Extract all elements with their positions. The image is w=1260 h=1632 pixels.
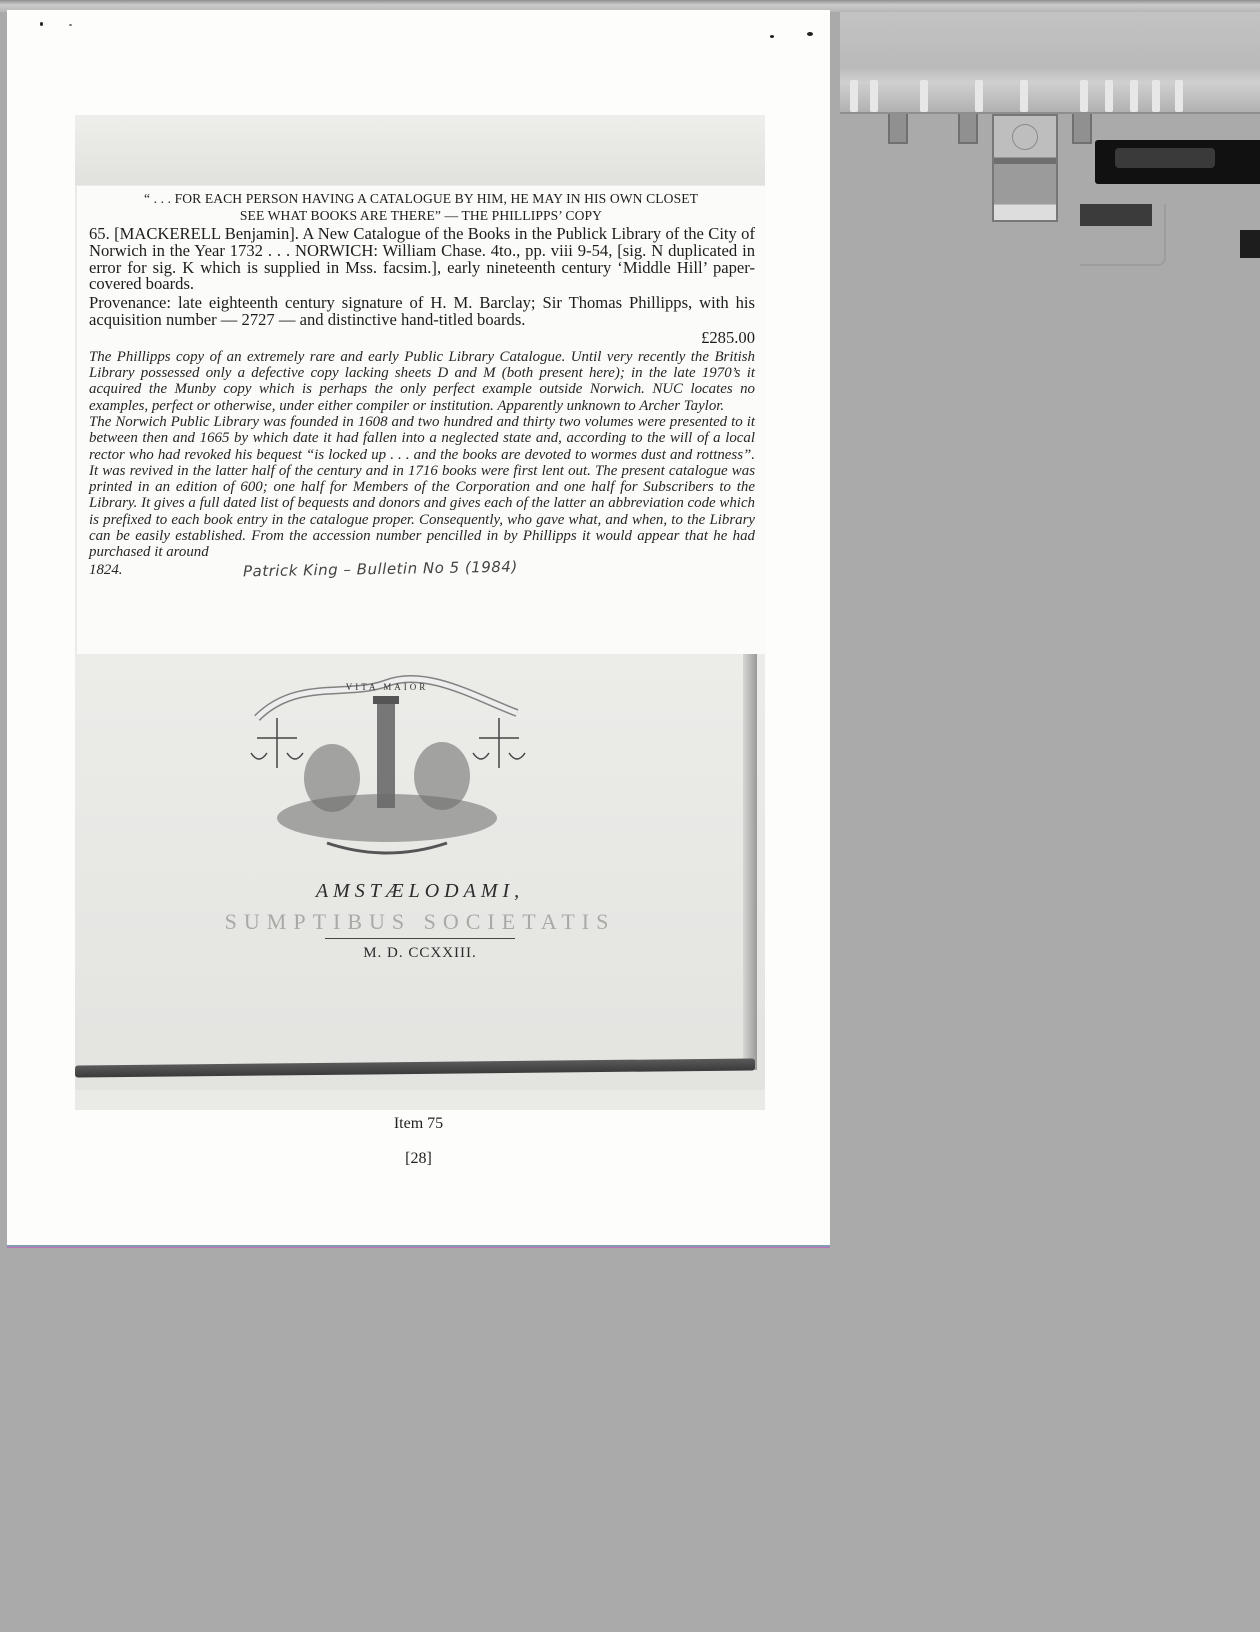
rail-slot (1175, 80, 1183, 112)
catalogue-clipping: “ . . . FOR EACH PERSON HAVING A CATALOG… (77, 186, 765, 654)
imprint-publisher: SUMPTIBUS SOCIETATIS (75, 909, 765, 935)
note-final-year: 1824. (89, 562, 123, 578)
rail-slot (1105, 80, 1113, 112)
rail-slot (1020, 80, 1028, 112)
photo-background (75, 115, 765, 185)
dust-speck (807, 32, 813, 36)
note-paragraph: The Phillipps copy of an extremely rare … (89, 349, 755, 414)
item-caption: Item 75 (7, 1115, 830, 1133)
scanner-slot (1240, 230, 1260, 258)
handwritten-annotation: Patrick King – Bulletin No 5 (1984) (242, 558, 517, 579)
scanner-rail (840, 12, 1260, 114)
page-number: [28] (7, 1150, 830, 1168)
rail-slot (1080, 80, 1088, 112)
scanner-roller (1095, 140, 1260, 184)
rail-slot (850, 80, 858, 112)
printers-device-engraving: VITA MAIOR (237, 658, 537, 858)
rail-slot (870, 80, 878, 112)
provenance: Provenance: late eighteenth century sign… (89, 295, 755, 329)
note-paragraph: The Norwich Public Library was founded i… (89, 414, 755, 561)
title-page-imprint: AMSTÆLODAMI, SUMPTIBUS SOCIETATIS M. D. … (75, 880, 765, 962)
dust-speck (770, 35, 774, 38)
imprint-city: AMSTÆLODAMI, (75, 880, 765, 903)
catalogue-notes: The Phillipps copy of an extremely rare … (89, 349, 755, 578)
rail-slot (975, 80, 983, 112)
dust-speck (40, 22, 43, 26)
page-clip (958, 114, 978, 144)
book-edge (743, 650, 757, 1070)
page-clip (1072, 114, 1092, 144)
rail-slot (1130, 80, 1138, 112)
rail-slot (1152, 80, 1160, 112)
page-clip (888, 114, 908, 144)
scanner-latch (992, 114, 1058, 222)
clipping-heading: “ . . . FOR EACH PERSON HAVING A CATALOG… (77, 186, 765, 224)
imprint-rule (325, 938, 515, 939)
dust-speck (69, 24, 72, 26)
price: £285.00 (77, 329, 755, 346)
heading-line-2: SEE WHAT BOOKS ARE THERE” — THE PHILLIPP… (77, 207, 765, 224)
rail-slot (920, 80, 928, 112)
heading-line-1: “ . . . FOR EACH PERSON HAVING A CATALOG… (77, 190, 765, 207)
imprint-date: M. D. CCXXIII. (75, 945, 765, 962)
scanned-page: VITA MAIOR “ . . . FOR EACH PERSON HAVIN… (7, 10, 830, 1245)
scanner-slot (1080, 204, 1152, 226)
catalogue-entry: 65. [MACKERELL Benjamin]. A New Catalogu… (89, 226, 755, 293)
banner-motto: VITA MAIOR (346, 682, 429, 692)
